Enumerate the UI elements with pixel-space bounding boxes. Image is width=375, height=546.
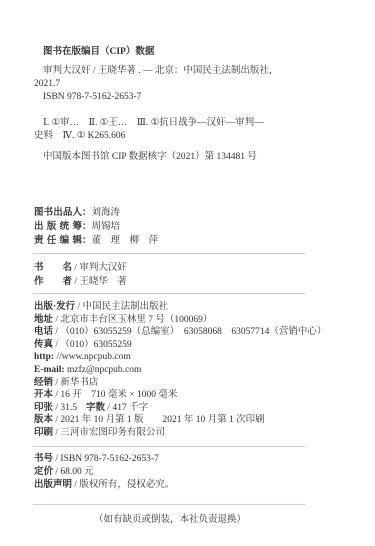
price-row: 定价68.00 元 — [34, 466, 342, 479]
coordinator-label: 出版统筹 — [34, 220, 82, 234]
isbn-label: 书号 — [34, 454, 53, 464]
editor-label: 责任编辑 — [34, 234, 82, 248]
printer-row: 印刷三河市宏图印务有限公司 — [34, 427, 342, 440]
address-label: 地址 — [34, 315, 53, 325]
printer-value: 三河市宏图印务有限公司 — [60, 428, 165, 438]
staff-row-coordinator: 出版统筹：周锡培 — [34, 220, 342, 234]
email-label: E-mail: — [34, 365, 65, 375]
address-value: 北京市丰台区玉林里 7 号（100069） — [60, 315, 212, 325]
cip-isbn-line: ISBN 978-7-5162-2653-7 — [34, 91, 342, 104]
title-section: 书名审判大汉奸 作者王晓华 著 — [34, 254, 342, 291]
edition-value: 2021 年 10 月第 1 版 2021 年 10 月第 1 次印刷 — [60, 415, 264, 425]
edition-row: 版本2021 年 10 月第 1 版 2021 年 10 月第 1 次印刷 — [34, 414, 342, 427]
cip-class-line-1: Ⅰ. ①审… Ⅱ. ①王… Ⅲ. ①抗日战争—汉奸—审判— — [34, 117, 342, 130]
editor-names: 董 理 柳 萍 — [92, 236, 159, 246]
book-name-label: 书名 — [34, 261, 72, 275]
slash-separator — [75, 302, 82, 312]
publisher-value: 中国民主法制出版社 — [83, 302, 169, 312]
sheets-value: 31.5 — [60, 403, 77, 413]
cip-entry-line-2: 2021.7 — [34, 78, 342, 91]
cip-record-number: 中国版本图书馆 CIP 数据核字（2021）第 134481 号 — [34, 151, 342, 164]
printer-label: 印刷 — [34, 428, 53, 438]
website-value: //www.npcpub.com — [56, 352, 130, 362]
producer-name: 刘海涛 — [92, 208, 121, 218]
statement-value: 版权所有，侵权必究。 — [79, 480, 174, 490]
statement-row: 出版声明版权所有，侵权必究。 — [34, 479, 342, 492]
phone-row: 电话（010）63055259（总编室） 63058068 63057714（营… — [34, 326, 342, 339]
distributor-row: 经销新华书店 — [34, 377, 342, 390]
fax-value: （010）63055259 — [60, 340, 131, 350]
email-value: mzfz@npcpub.com — [67, 365, 141, 375]
phone-label: 电话 — [34, 327, 53, 337]
cip-heading: 图书在版编目（CIP）数据 — [34, 46, 342, 59]
isbn-row: 书号ISBN 978-7-5162-2653-7 — [34, 453, 342, 466]
isbn-price-section: 书号ISBN 978-7-5162-2653-7 定价68.00 元 出版声明版… — [34, 447, 342, 498]
isbn-value: ISBN 978-7-5162-2653-7 — [60, 454, 158, 464]
price-value: 68.00 元 — [60, 467, 93, 477]
colon-separator: ： — [82, 236, 92, 246]
distributor-label: 经销 — [34, 378, 53, 388]
divider — [33, 504, 305, 505]
statement-label: 出版声明 — [34, 480, 72, 490]
cip-classification: Ⅰ. ①审… Ⅱ. ①王… Ⅲ. ①抗日战争—汉奸—审判— 史料 Ⅳ. ① K2… — [34, 117, 342, 143]
price-label: 定价 — [34, 467, 53, 477]
format-value: 16 开 710 毫米 × 1000 毫米 — [60, 390, 177, 400]
wordcount-label: 字数 — [86, 403, 105, 413]
publication-details-section: 出版·发行中国民主法制出版社 地址北京市丰台区玉林里 7 号（100069） 电… — [34, 294, 342, 446]
producer-label: 图书出品人 — [34, 206, 82, 220]
staff-section: 图书出品人：刘海涛 出版统筹：周锡培 责任编辑：董 理 柳 萍 — [34, 206, 342, 248]
cip-data-section: 图书在版编目（CIP）数据 审判大汉奸 / 王晓华著 . — 北京：中国民主法制… — [34, 46, 342, 164]
publisher-row: 出版·发行中国民主法制出版社 — [34, 301, 342, 314]
wordcount-value: 417 千字 — [112, 403, 148, 413]
phone-value: （010）63055259（总编室） 63058068 63057714（营销中… — [60, 327, 326, 337]
cip-class-line-2: 史料 Ⅳ. ① K265.606 — [34, 130, 342, 143]
staff-row-producer: 图书出品人：刘海涛 — [34, 206, 342, 220]
author-value: 王晓华 著 — [79, 277, 127, 287]
edition-label: 版本 — [34, 415, 53, 425]
email-row: E-mail:mzfz@npcpub.com — [34, 364, 342, 377]
address-row: 地址北京市丰台区玉林里 7 号（100069） — [34, 314, 342, 327]
author-label: 作者 — [34, 275, 72, 289]
sheets-wordcount-row: 印张31.5字数417 千字 — [34, 402, 342, 415]
copyright-page: 图书在版编目（CIP）数据 审判大汉奸 / 王晓华著 . — 北京：中国民主法制… — [0, 0, 375, 546]
fax-row: 传真（010）63055259 — [34, 339, 342, 352]
book-name-value: 审判大汉奸 — [79, 263, 127, 273]
distributor-value: 新华书店 — [60, 378, 98, 388]
sheets-label: 印张 — [34, 403, 53, 413]
cip-entry-line-1: 审判大汉奸 / 王晓华著 . — 北京：中国民主法制出版社， — [34, 65, 342, 78]
coordinator-name: 周锡培 — [92, 222, 121, 232]
format-row: 开本16 开 710 毫米 × 1000 毫米 — [34, 389, 342, 402]
colon-separator: ： — [82, 208, 92, 218]
format-label: 开本 — [34, 390, 53, 400]
return-policy-note: （如有缺页或倒装，本社负责退换） — [34, 514, 306, 527]
website-row: http://www.npcpub.com — [34, 351, 342, 364]
fax-label: 传真 — [34, 340, 53, 350]
title-row-author: 作者王晓华 著 — [34, 275, 342, 289]
colon-separator: ： — [82, 222, 92, 232]
publisher-label: 出版·发行 — [34, 302, 75, 312]
staff-row-editor: 责任编辑：董 理 柳 萍 — [34, 234, 342, 248]
title-row-book-name: 书名审判大汉奸 — [34, 261, 342, 275]
website-label: http: — [34, 352, 54, 362]
